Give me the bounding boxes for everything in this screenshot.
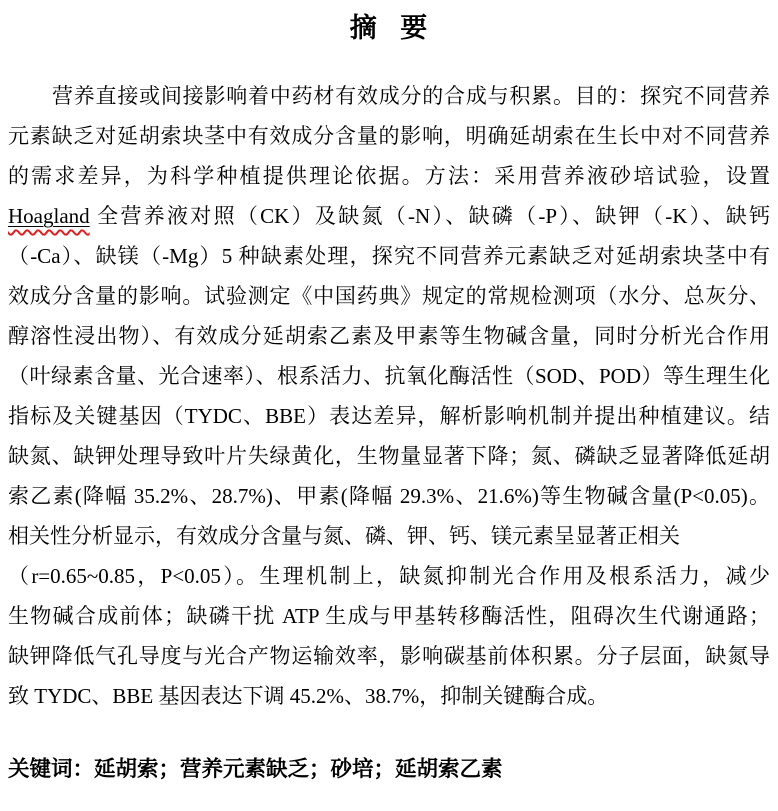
- keywords-text: 延胡索；营养元素缺乏；砂培；延胡索乙素: [94, 757, 503, 781]
- abstract-body: 营养直接或间接影响着中药材有效成分的合成与积累。目的：探究不同营养 元素缺乏对延…: [8, 76, 770, 716]
- keywords-line: 关键词：延胡索；营养元素缺乏；砂培；延胡索乙素: [8, 754, 770, 784]
- body-line: 醇溶性浸出物）、有效成分延胡索乙素及甲素等生物碱含量，同时分析光合作用: [8, 316, 770, 356]
- body-line: （-Ca）、缺镁（-Mg）5 种缺素处理，探究不同营养元素缺乏对延胡索块茎中有: [8, 236, 770, 276]
- body-line: 相关性分析显示，有效成分含量与氮、磷、钾、钙、镁元素呈显著正相关: [8, 516, 770, 556]
- misspelled-word-underline: Hoagland: [8, 204, 90, 228]
- body-line: 效成分含量的影响。试验测定《中国药典》规定的常规检测项（水分、总灰分、: [8, 276, 770, 316]
- body-line: 营养直接或间接影响着中药材有效成分的合成与积累。目的：探究不同营养: [8, 76, 770, 116]
- body-line-text: 全营养液对照（CK）及缺氮（-N）、缺磷（-P）、缺钾（-K）、缺钙: [90, 204, 770, 228]
- body-line: 致 TYDC、BBE 基因表达下调 45.2%、38.7%，抑制关键酶合成。: [8, 676, 770, 716]
- misspelled-word: Hoagland: [8, 204, 90, 228]
- body-line: 的需求差异，为科学种植提供理论依据。方法：采用营养液砂培试验，设置: [8, 156, 770, 196]
- page-title: 摘 要: [0, 12, 778, 46]
- keywords-label: 关键词：: [8, 757, 94, 781]
- body-line: 生物碱合成前体；缺磷干扰 ATP 生成与甲基转移酶活性，阻碍次生代谢通路；: [8, 596, 770, 636]
- body-line: 指标及关键基因（TYDC、BBE）表达差异，解析影响机制并提出种植建议。结果：: [8, 396, 770, 436]
- body-line: 缺氮、缺钾处理导致叶片失绿黄化，生物量显著下降；氮、磷缺乏显著降低延胡: [8, 436, 770, 476]
- body-line: Hoagland 全营养液对照（CK）及缺氮（-N）、缺磷（-P）、缺钾（-K）…: [8, 196, 770, 236]
- body-line: 缺钾降低气孔导度与光合产物运输效率，影响碳基前体积累。分子层面，缺氮导: [8, 636, 770, 676]
- document-page: 摘 要 营养直接或间接影响着中药材有效成分的合成与积累。目的：探究不同营养 元素…: [0, 0, 778, 811]
- body-line: 元素缺乏对延胡索块茎中有效成分含量的影响，明确延胡索在生长中对不同营养: [8, 116, 770, 156]
- body-line: 索乙素(降幅 35.2%、28.7%)、甲素(降幅 29.3%、21.6%)等生…: [8, 476, 770, 516]
- body-line: （r=0.65~0.85，P<0.05）。生理机制上，缺氮抑制光合作用及根系活力…: [8, 556, 770, 596]
- body-line: （叶绿素含量、光合速率）、根系活力、抗氧化酶活性（SOD、POD）等生理生化: [8, 356, 770, 396]
